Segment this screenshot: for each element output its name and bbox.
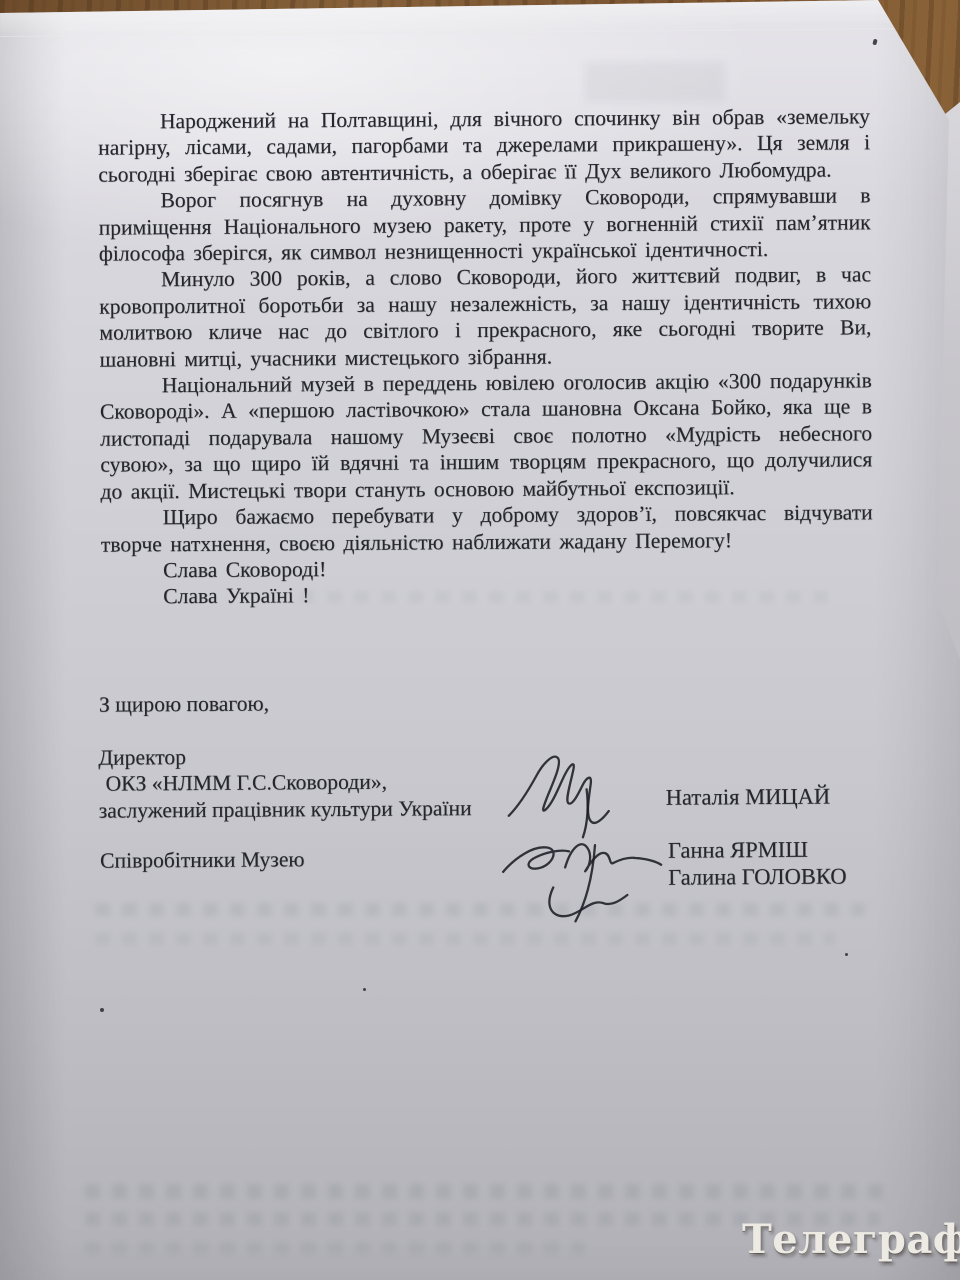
telegraf-watermark: ТелеграфЪ (742, 1218, 960, 1262)
signer-role-block: Директор ОКЗ «НЛММ Г.С.Сковороди», заслу… (98, 742, 471, 823)
staff-name: Ганна ЯРМІШ (668, 837, 808, 864)
director-name: Наталія МИЦАЙ (666, 784, 831, 811)
slogan-line: Слава Україні ! (101, 579, 873, 611)
salutation: З щирою повагою, (99, 691, 269, 717)
staff-signature (495, 815, 671, 930)
photo-scene: Народжений на Полтавщині, для вічного сп… (0, 0, 960, 1280)
watermark-main-text: Телеграф (742, 1216, 960, 1263)
signer-role-line: заслужений працівник культури України (99, 795, 472, 824)
staff-name: Галина ГОЛОВКО (668, 863, 847, 890)
signer-role-line: ОКЗ «НЛММ Г.С.Сковороди», (98, 768, 471, 797)
letter-body: Народжений на Полтавщині, для вічного сп… (98, 103, 873, 610)
paragraph: Ворог посягнув на духовну домівку Сковор… (98, 182, 871, 267)
letter-content: Народжений на Полтавщині, для вічного сп… (0, 0, 960, 1280)
staff-role: Співробітники Музею (100, 847, 305, 873)
paragraph: Народжений на Полтавщині, для вічного сп… (98, 103, 871, 188)
paragraph: Національний музей в переддень ювілею ог… (100, 367, 873, 504)
signer-role-line: Директор (98, 742, 471, 771)
paragraph: Щиро бажаємо перебувати у доброму здоров… (101, 499, 873, 557)
letter-paper: Народжений на Полтавщині, для вічного сп… (0, 0, 960, 1280)
paragraph: Минуло 300 років, а слово Сковороди, йог… (99, 262, 872, 373)
